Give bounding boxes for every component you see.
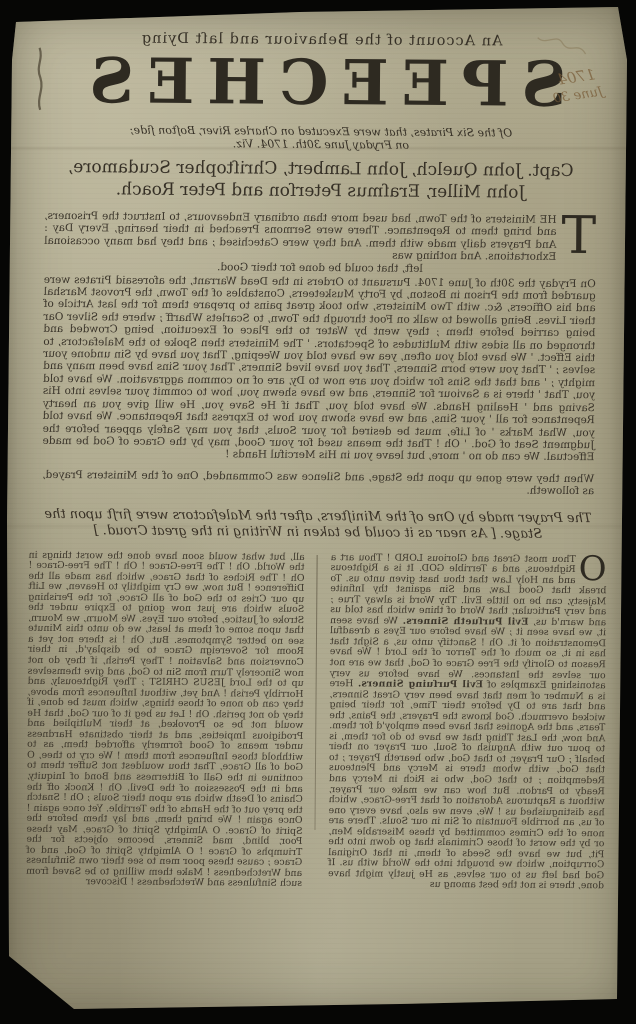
column-divider-rule — [314, 555, 317, 830]
execution-account-paragraph: On Fryday the 30th of June 1704. Pursuan… — [42, 273, 595, 463]
prayer-column-first: OThou most Great and Glorious LORD ! Tho… — [328, 553, 607, 893]
prayer-heading: The Prayer made by One of the Miniſters,… — [38, 506, 598, 543]
ink-smudge-mark — [27, 44, 50, 114]
prayer-column-second: all, but what would soon have done the w… — [26, 550, 305, 890]
stage-note-paragraph: When they were gone up upon the Stage, a… — [42, 469, 594, 498]
prayer-col1-seg3: Here is a Number of men that have been v… — [328, 678, 605, 892]
pirate-names-line-2: John Miller, Eraſmus Peterſon and Peter … — [20, 179, 620, 205]
page-content: 1704 June 30 An Account of the Behaviour… — [14, 8, 622, 1013]
drop-cap-O: O — [576, 555, 607, 582]
opening-paragraph-text: HE Ministers of the Town, had used more … — [44, 210, 557, 263]
drop-cap-T: T — [556, 214, 596, 256]
scan-background: 1704 June 30 An Account of the Behaviour… — [0, 0, 636, 1024]
opening-paragraph: THE Ministers of the Town, had used more… — [44, 210, 596, 264]
prayer-col2-text: all, but what would soon have done the w… — [26, 549, 305, 889]
prayer-columns: OThou most Great and Glorious LORD ! Tho… — [26, 550, 607, 892]
handwritten-scribble-mark — [532, 30, 592, 64]
broadside-page: 1704 June 30 An Account of the Behaviour… — [0, 0, 636, 1024]
prayer-heading-line-2: Stage. [ As near as it could be taken in… — [94, 523, 543, 542]
